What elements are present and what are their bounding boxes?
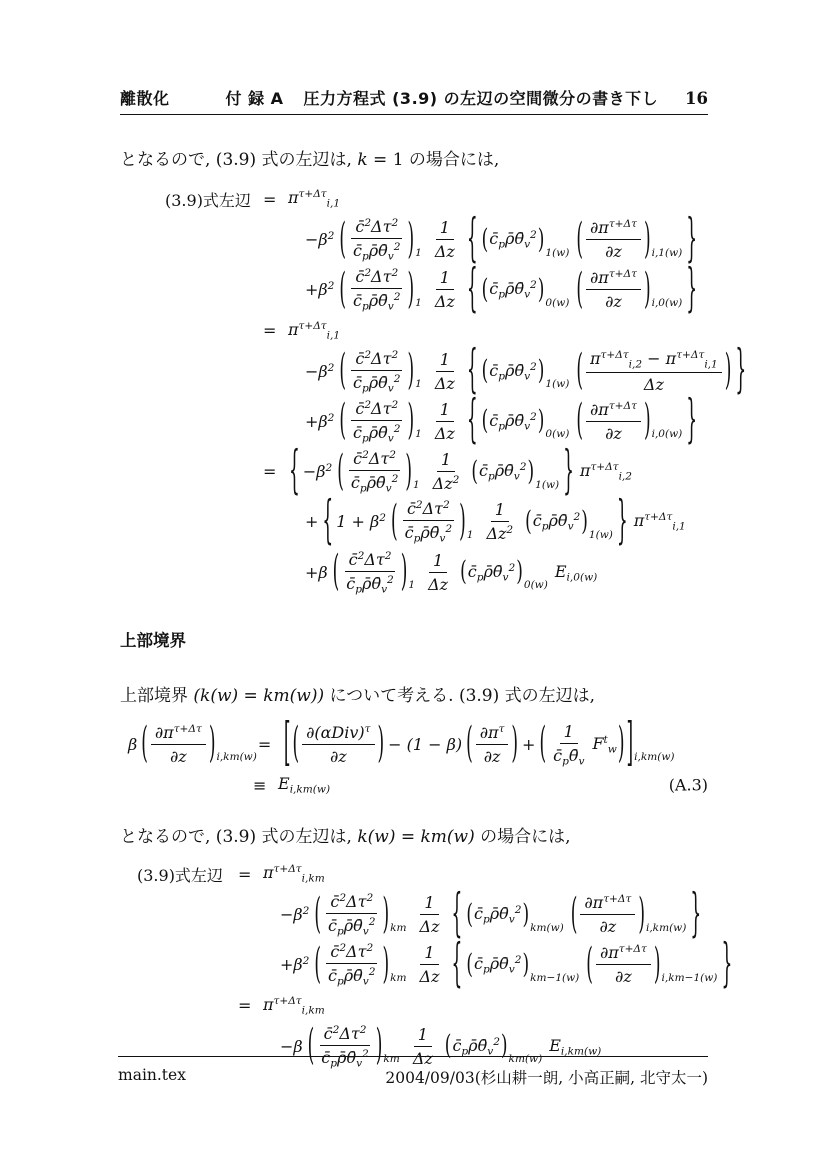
equation-rhs: +β2(c̄2Δτ2c̄pρ̄θ̄v2)11Δz{(c̄pρ̄θ̄v2)0(w)… [305, 399, 698, 444]
math-delimiter: } [562, 442, 575, 502]
equation-label: (3.9)式左辺 [120, 188, 263, 211]
math-text: −β2 [280, 905, 309, 924]
equation-row: +β(c̄2Δτ2c̄pρ̄θ̄v2)11Δz(c̄pρ̄θ̄v2)0(w)Ei… [120, 550, 708, 595]
math-subscript: 1 [408, 579, 415, 591]
equation-rhs: −β2(c̄2Δτ2c̄pρ̄θ̄v2)11Δz{(c̄pρ̄θ̄v2)1(w)… [305, 217, 698, 262]
equation-relation: = [258, 735, 283, 754]
equation-row: ={−β2(c̄2Δτ2c̄pρ̄θ̄v2)11Δz2(c̄pρ̄θ̄v2)1(… [120, 449, 708, 494]
equation-rhs: [(∂(αDiv)τ∂z)− (1 − β)(∂πτ∂z)+(1c̄pθ̄vFt… [283, 722, 676, 767]
math-delimiter: ) [406, 396, 415, 446]
math-text: c̄pρ̄θ̄v2 [489, 361, 536, 382]
math-delimiter: ( [575, 265, 584, 315]
math-text: πτ+Δτi,km [263, 995, 325, 1016]
running-head-chapter: 離散化 [120, 86, 170, 109]
math-subscript: i,1(w) [652, 247, 683, 259]
math-delimiter: ) [724, 346, 733, 396]
plain-text: について考える. (3.9) 式の左辺は, [324, 686, 595, 706]
math-delimiter: ) [458, 497, 467, 547]
math-delimiter: ) [381, 890, 390, 940]
math-delimiter: ( [570, 890, 579, 940]
page-content: 離散化 付 録 A 圧力方程式 (3.9) の左辺の空間微分の書き下し 16 と… [120, 0, 708, 1074]
plain-text: となるので, (3.9) 式の左辺は, [120, 827, 357, 847]
math-delimiter: ( [332, 547, 341, 597]
math-delimiter: } [616, 492, 629, 552]
math-subscript: i,km(w) [634, 751, 674, 763]
math-text: +β2 [280, 955, 309, 974]
equation-rhs: πτ+Δτi,km [263, 863, 325, 884]
math-text: −β [280, 1037, 303, 1056]
plain-text: の場合には, [475, 827, 571, 847]
math-delimiter: ( [524, 506, 533, 538]
math-fraction: c̄2Δτ2c̄pρ̄θ̄v2 [401, 499, 456, 544]
equation-tag: (A.3) [669, 776, 708, 795]
equation-rhs: +β2(c̄2Δτ2c̄pρ̄θ̄v2)km1Δz{(c̄pρ̄θ̄v2)km−… [280, 942, 733, 987]
math-subscript: 1(w) [545, 247, 569, 259]
math-fraction: c̄2Δτ2c̄pρ̄θ̄v2 [349, 399, 404, 444]
equation-a3: β(∂πτ+Δτ∂z)i,km(w)=[(∂(αDiv)τ∂z)− (1 − β… [120, 722, 708, 798]
math-fraction: 1Δz [431, 218, 459, 261]
math-delimiter: ] [625, 714, 634, 774]
plain-text: となるので, (3.9) 式の左辺は, [120, 150, 357, 170]
math-delimiter: ( [338, 265, 347, 315]
equation-row: =πτ+Δτi,km [120, 993, 708, 1019]
math-subscript: 0(w) [545, 297, 569, 309]
equation-rhs: +β(c̄2Δτ2c̄pρ̄θ̄v2)11Δz(c̄pρ̄θ̄v2)0(w)Ei… [305, 550, 597, 595]
math-delimiter: ( [538, 719, 547, 769]
page-header: 離散化 付 録 A 圧力方程式 (3.9) の左辺の空間微分の書き下し 16 [120, 86, 708, 109]
equation-label: (3.9)式左辺 [120, 863, 238, 886]
math-delimiter: ( [338, 346, 347, 396]
math-delimiter: ) [643, 215, 652, 265]
paragraph-case-km: となるので, (3.9) 式の左辺は, k(w) = km(w) の場合には, [120, 822, 708, 847]
equation-rhs: −β2(c̄2Δτ2c̄pρ̄θ̄v2)11Δz{(c̄pρ̄θ̄v2)1(w)… [305, 349, 747, 394]
equation-rhs: πτ+Δτi,1 [288, 320, 340, 341]
equation-relation: ≡ [253, 776, 278, 795]
math-subscript: 1 [467, 529, 474, 541]
equation-row: =πτ+Δτi,1 [120, 318, 708, 344]
math-delimiter: ( [585, 940, 594, 990]
equation-block-km: (3.9)式左辺=πτ+Δτi,km−β2(c̄2Δτ2c̄pρ̄θ̄v2)km… [120, 861, 708, 1069]
math-text: c̄pρ̄θ̄v2 [489, 229, 536, 250]
math-text: πτ+Δτi,1 [288, 188, 340, 209]
math-text: Ftw [592, 734, 616, 755]
math-delimiter: ( [338, 215, 347, 265]
math-fraction: 1Δz [431, 400, 459, 443]
math-delimiter: ( [575, 346, 584, 396]
math-fraction: ∂πτ∂z [476, 723, 509, 766]
math-text: c̄pρ̄θ̄v2 [474, 954, 521, 975]
math-delimiter: ) [404, 447, 413, 497]
math-text: c̄pρ̄θ̄v2 [489, 279, 536, 300]
math-fraction: 1Δz2 [429, 450, 464, 493]
math-text: c̄pρ̄θ̄v2 [468, 562, 515, 583]
math-delimiter: ) [377, 719, 386, 769]
math-delimiter: ) [400, 547, 409, 597]
math-delimiter: } [720, 935, 733, 995]
math-delimiter: ) [521, 949, 530, 981]
math-text: − (1 − β) [388, 735, 462, 754]
math-text: +β [305, 563, 328, 582]
math-subscript: 1 [415, 428, 422, 440]
math-fraction: ∂πτ+Δτ∂z [596, 943, 651, 986]
math-fraction: c̄2Δτ2c̄pρ̄θ̄v2 [324, 892, 379, 937]
math-fraction: ∂πτ+Δτ∂z [586, 218, 641, 261]
math-text: c̄pρ̄θ̄v2 [474, 904, 521, 925]
math-fraction: 1Δz [424, 551, 452, 594]
math-delimiter: ( [575, 215, 584, 265]
equation-row: −β2(c̄2Δτ2c̄pρ̄θ̄v2)11Δz{(c̄pρ̄θ̄v2)1(w)… [120, 217, 708, 262]
math-fraction: c̄2Δτ2c̄pρ̄θ̄v2 [347, 449, 402, 494]
math-delimiter: { [466, 260, 479, 320]
page-footer: main.tex 2004/09/03(杉山耕一朗, 小高正嗣, 北守太一) [118, 1056, 708, 1088]
math-fraction: ∂πτ+Δτ∂z [151, 723, 206, 766]
math-text: πτ+Δτi,1 [288, 320, 340, 341]
page-number: 16 [685, 89, 708, 108]
math-delimiter: ) [406, 346, 415, 396]
math-text: 1 + β2 [336, 512, 386, 531]
math-text: πτ+Δτi,km [263, 863, 325, 884]
equation-relation: = [263, 190, 288, 209]
math-subscript: 1(w) [535, 479, 559, 491]
math-text: c̄pρ̄θ̄v2 [479, 461, 526, 482]
math-delimiter: { [466, 391, 479, 451]
math-fraction: 1c̄pθ̄v [549, 722, 588, 767]
math-subscript: i,0(w) [652, 297, 683, 309]
section-heading-upper-boundary: 上部境界 [120, 627, 708, 651]
equation-relation: = [263, 321, 288, 340]
footer-rule [118, 1056, 708, 1057]
math-delimiter: ( [459, 556, 468, 588]
paragraph-case-k1: となるので, (3.9) 式の左辺は, k = 1 の場合には, [120, 145, 708, 170]
math-fraction: 1Δz2 [482, 500, 517, 543]
math-fraction: ∂πτ+Δτ∂z [586, 400, 641, 443]
math-delimiter: ( [481, 355, 490, 387]
math-fraction: c̄2Δτ2c̄pρ̄θ̄v2 [349, 217, 404, 262]
math-subscript: i,0(w) [652, 428, 683, 440]
math-text: c̄pρ̄θ̄v2 [533, 511, 580, 532]
equation-row: β(∂πτ+Δτ∂z)i,km(w)=[(∂(αDiv)τ∂z)− (1 − β… [120, 722, 708, 767]
math-delimiter: ( [338, 396, 347, 446]
math-delimiter: ) [580, 506, 589, 538]
equation-rhs: +β2(c̄2Δτ2c̄pρ̄θ̄v2)11Δz{(c̄pρ̄θ̄v2)0(w)… [305, 267, 698, 312]
equation-relation: = [263, 462, 288, 481]
equation-row: −β2(c̄2Δτ2c̄pρ̄θ̄v2)km1Δz{(c̄pρ̄θ̄v2)km(… [120, 892, 708, 937]
math-delimiter: ) [537, 224, 546, 256]
math-delimiter: ) [381, 940, 390, 990]
math-delimiter: ) [515, 556, 524, 588]
footer-filename: main.tex [118, 1066, 186, 1088]
math-delimiter: ( [140, 719, 149, 769]
math-delimiter: } [685, 391, 698, 451]
math-fraction: 1Δz [431, 268, 459, 311]
equation-label: β(∂πτ+Δτ∂z)i,km(w) [120, 723, 258, 766]
math-subscript: km−1(w) [530, 972, 579, 984]
math-text: πτ+Δτi,1 [634, 511, 686, 532]
math-text: −β2 [305, 362, 334, 381]
footer-row: main.tex 2004/09/03(杉山耕一朗, 小高正嗣, 北守太一) [118, 1066, 708, 1088]
equation-row: +β2(c̄2Δτ2c̄pρ̄θ̄v2)11Δz{(c̄pρ̄θ̄v2)0(w)… [120, 399, 708, 444]
equation-row: +β2(c̄2Δτ2c̄pρ̄θ̄v2)11Δz{(c̄pρ̄θ̄v2)0(w)… [120, 267, 708, 312]
plain-text: 上部境界 [120, 686, 193, 706]
math-delimiter: ( [481, 274, 490, 306]
math-delimiter: { [321, 492, 334, 552]
math-subscript: i,km−1(w) [662, 972, 718, 984]
paragraph-upper-boundary: 上部境界 (k(w) = km(w)) について考える. (3.9) 式の左辺は… [120, 681, 708, 706]
math-fraction: ∂(αDiv)τ∂z [302, 723, 374, 766]
math-delimiter: ( [465, 949, 474, 981]
appendix-label: 付 録 A [226, 86, 284, 109]
math-delimiter: ) [521, 899, 530, 931]
math-subscript: km(w) [530, 922, 564, 934]
math-delimiter: ( [481, 224, 490, 256]
math-text: c̄pρ̄θ̄v2 [489, 411, 536, 432]
math-delimiter: ) [526, 456, 535, 488]
math-subscript: 1 [415, 247, 422, 259]
math-text: −β2 [303, 462, 332, 481]
math-fraction: ∂πτ+Δτ∂z [580, 893, 635, 936]
math-delimiter: [ [283, 714, 292, 774]
math-fraction: c̄2Δτ2c̄pρ̄θ̄v2 [349, 267, 404, 312]
math-fraction: 1Δz [431, 350, 459, 393]
math-subscript: i,km(w) [646, 922, 686, 934]
math-fraction: c̄2Δτ2c̄pρ̄θ̄v2 [349, 349, 404, 394]
math-subscript: 1 [415, 378, 422, 390]
math-subscript: 1(w) [589, 529, 613, 541]
math-delimiter: ) [537, 355, 546, 387]
equation-rhs: {−β2(c̄2Δτ2c̄pρ̄θ̄v2)11Δz2(c̄pρ̄θ̄v2)1(w… [288, 449, 632, 494]
math-delimiter: ) [537, 274, 546, 306]
math-delimiter: ( [481, 405, 490, 437]
math-text: c̄pρ̄θ̄v2 [452, 1036, 499, 1057]
equation-rhs: +{1 + β2(c̄2Δτ2c̄pρ̄θ̄v2)11Δz2(c̄pρ̄θ̄v2… [305, 499, 686, 544]
math-delimiter: { [451, 935, 464, 995]
math-subscript: km [390, 922, 406, 934]
equation-row: (3.9)式左辺=πτ+Δτi,km [120, 861, 708, 887]
math-text: −β2 [305, 230, 334, 249]
math-delimiter: ) [643, 265, 652, 315]
math-fraction: 1Δz [416, 943, 444, 986]
math-text: Ei,km(w) [549, 1036, 601, 1057]
math-text: k(w) = km(w) [357, 827, 474, 847]
equation-relation: = [238, 996, 263, 1015]
plain-text: = 1 の場合には, [368, 150, 500, 170]
math-delimiter: ) [653, 940, 662, 990]
running-head-center: 付 録 A 圧力方程式 (3.9) の左辺の空間微分の書き下し [226, 86, 686, 109]
math-delimiter: ) [510, 719, 519, 769]
math-delimiter: } [689, 885, 702, 945]
math-delimiter: ) [406, 215, 415, 265]
math-delimiter: ( [465, 899, 474, 931]
math-delimiter: ( [575, 396, 584, 446]
equation-row: +{1 + β2(c̄2Δτ2c̄pρ̄θ̄v2)11Δz2(c̄pρ̄θ̄v2… [120, 499, 708, 544]
math-delimiter: ( [291, 719, 300, 769]
appendix-title: 圧力方程式 (3.9) の左辺の空間微分の書き下し [304, 86, 659, 109]
equation-row: −β2(c̄2Δτ2c̄pρ̄θ̄v2)11Δz{(c̄pρ̄θ̄v2)1(w)… [120, 349, 708, 394]
math-text: + [305, 512, 318, 531]
equation-row: ≡Ei,km(w)(A.3) [120, 772, 708, 798]
math-subscript: 1(w) [545, 378, 569, 390]
math-delimiter: ( [465, 719, 474, 769]
math-subscript: 0(w) [545, 428, 569, 440]
math-text: k [357, 150, 367, 170]
math-text: +β2 [305, 412, 334, 431]
math-delimiter: ( [313, 890, 322, 940]
math-text: (k(w) = km(w)) [193, 686, 324, 706]
math-delimiter: } [734, 341, 747, 401]
math-fraction: πτ+Δτi,2 − πτ+Δτi,1Δz [586, 349, 722, 394]
math-delimiter: ) [537, 405, 546, 437]
math-fraction: 1Δz [416, 893, 444, 936]
math-delimiter: ) [406, 265, 415, 315]
equation-row: (3.9)式左辺=πτ+Δτi,1 [120, 186, 708, 212]
math-subscript: 1 [415, 297, 422, 309]
math-delimiter: ) [637, 890, 646, 940]
math-delimiter: } [685, 260, 698, 320]
math-fraction: c̄2Δτ2c̄pρ̄θ̄v2 [342, 550, 397, 595]
header-rule [120, 114, 708, 115]
equation-row: +β2(c̄2Δτ2c̄pρ̄θ̄v2)km1Δz{(c̄pρ̄θ̄v2)km−… [120, 942, 708, 987]
math-delimiter: ( [313, 940, 322, 990]
math-text: + [522, 735, 535, 754]
equation-rhs: πτ+Δτi,km [263, 995, 325, 1016]
equation-relation: = [238, 865, 263, 884]
math-text: Ei,km(w) [278, 774, 330, 795]
math-delimiter: ( [470, 456, 479, 488]
math-delimiter: { [288, 442, 301, 502]
math-subscript: i,km(w) [216, 751, 256, 763]
equation-rhs: −β2(c̄2Δτ2c̄pρ̄θ̄v2)km1Δz{(c̄pρ̄θ̄v2)km(… [280, 892, 702, 937]
math-subscript: 1 [413, 479, 420, 491]
math-fraction: c̄2Δτ2c̄pρ̄θ̄v2 [324, 942, 379, 987]
math-delimiter: ) [208, 719, 217, 769]
math-subscript: 0(w) [524, 579, 548, 591]
math-delimiter: ( [390, 497, 399, 547]
footer-date-authors: 2004/09/03(杉山耕一朗, 小高正嗣, 北守太一) [385, 1066, 708, 1088]
math-delimiter: ( [336, 447, 345, 497]
math-delimiter: ) [643, 396, 652, 446]
math-subscript: km [390, 972, 406, 984]
equation-rhs: Ei,km(w) [278, 774, 330, 795]
math-fraction: ∂πτ+Δτ∂z [586, 268, 641, 311]
equation-block-k1: (3.9)式左辺=πτ+Δτi,1−β2(c̄2Δτ2c̄pρ̄θ̄v2)11Δ… [120, 186, 708, 595]
math-text: πτ+Δτi,2 [580, 461, 632, 482]
math-delimiter: ) [617, 719, 626, 769]
math-text: β [128, 735, 137, 754]
math-text: +β2 [305, 280, 334, 299]
equation-rhs: πτ+Δτi,1 [288, 188, 340, 209]
document-page: 離散化 付 録 A 圧力方程式 (3.9) の左辺の空間微分の書き下し 16 と… [0, 0, 826, 1169]
math-text: Ei,0(w) [555, 562, 597, 583]
